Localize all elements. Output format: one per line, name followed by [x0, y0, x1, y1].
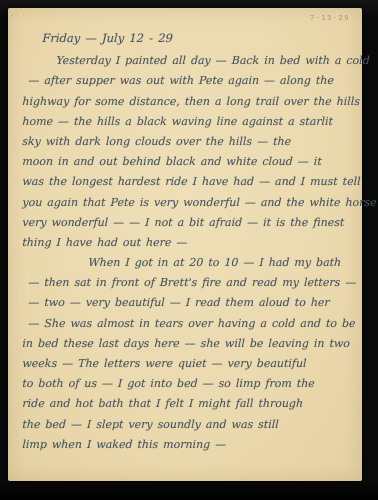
letter-line: home — the hills a black waving line aga…	[22, 112, 357, 132]
letter-line: sky with dark long clouds over the hills…	[22, 132, 357, 152]
corner-pencil-mark: ‐ · ‐	[11, 12, 26, 19]
letter-line: was the longest hardest ride I have had …	[22, 172, 357, 192]
letter-line: When I got in at 20 to 10 — I had my bat…	[88, 253, 357, 273]
archival-date-note: 7-13-29	[310, 14, 350, 22]
letter-line: thing I have had out here —	[22, 233, 357, 253]
letter-line: very wonderful — — I not a bit afraid — …	[22, 213, 357, 233]
letter-page: 7-13-29 ‐ · ‐ Friday — July 12 - 29 Yest…	[8, 8, 362, 481]
letter-line: — after supper was out with Pete again —…	[28, 71, 357, 91]
letter-line: highway for some distance, then a long t…	[22, 92, 357, 112]
photo-background: 7-13-29 ‐ · ‐ Friday — July 12 - 29 Yest…	[0, 0, 378, 500]
letter-line: to both of us — I got into bed — so limp…	[22, 374, 357, 394]
letter-line: the bed — I slept very soundly and was s…	[22, 415, 357, 435]
letter-line: in bed these last days here — she will b…	[22, 334, 357, 354]
letter-line: limp when I waked this morning —	[22, 435, 357, 455]
letter-line: — two — very beautiful — I read them alo…	[28, 293, 357, 313]
letter-line: you again that Pete is very wonderful — …	[22, 193, 357, 213]
letter-line: Yesterday I painted all day — Back in be…	[56, 51, 357, 71]
letter-date-line: Friday — July 12 - 29	[42, 28, 357, 48]
letter-line: ride and hot bath that I felt I might fa…	[22, 394, 357, 414]
letter-line: weeks — The letters were quiet — very be…	[22, 354, 357, 374]
letter-line: — then sat in front of Brett's fire and …	[28, 273, 357, 293]
letter-line: — She was almost in tears over having a …	[28, 314, 357, 334]
letter-line: moon in and out behind black and white c…	[22, 152, 357, 172]
